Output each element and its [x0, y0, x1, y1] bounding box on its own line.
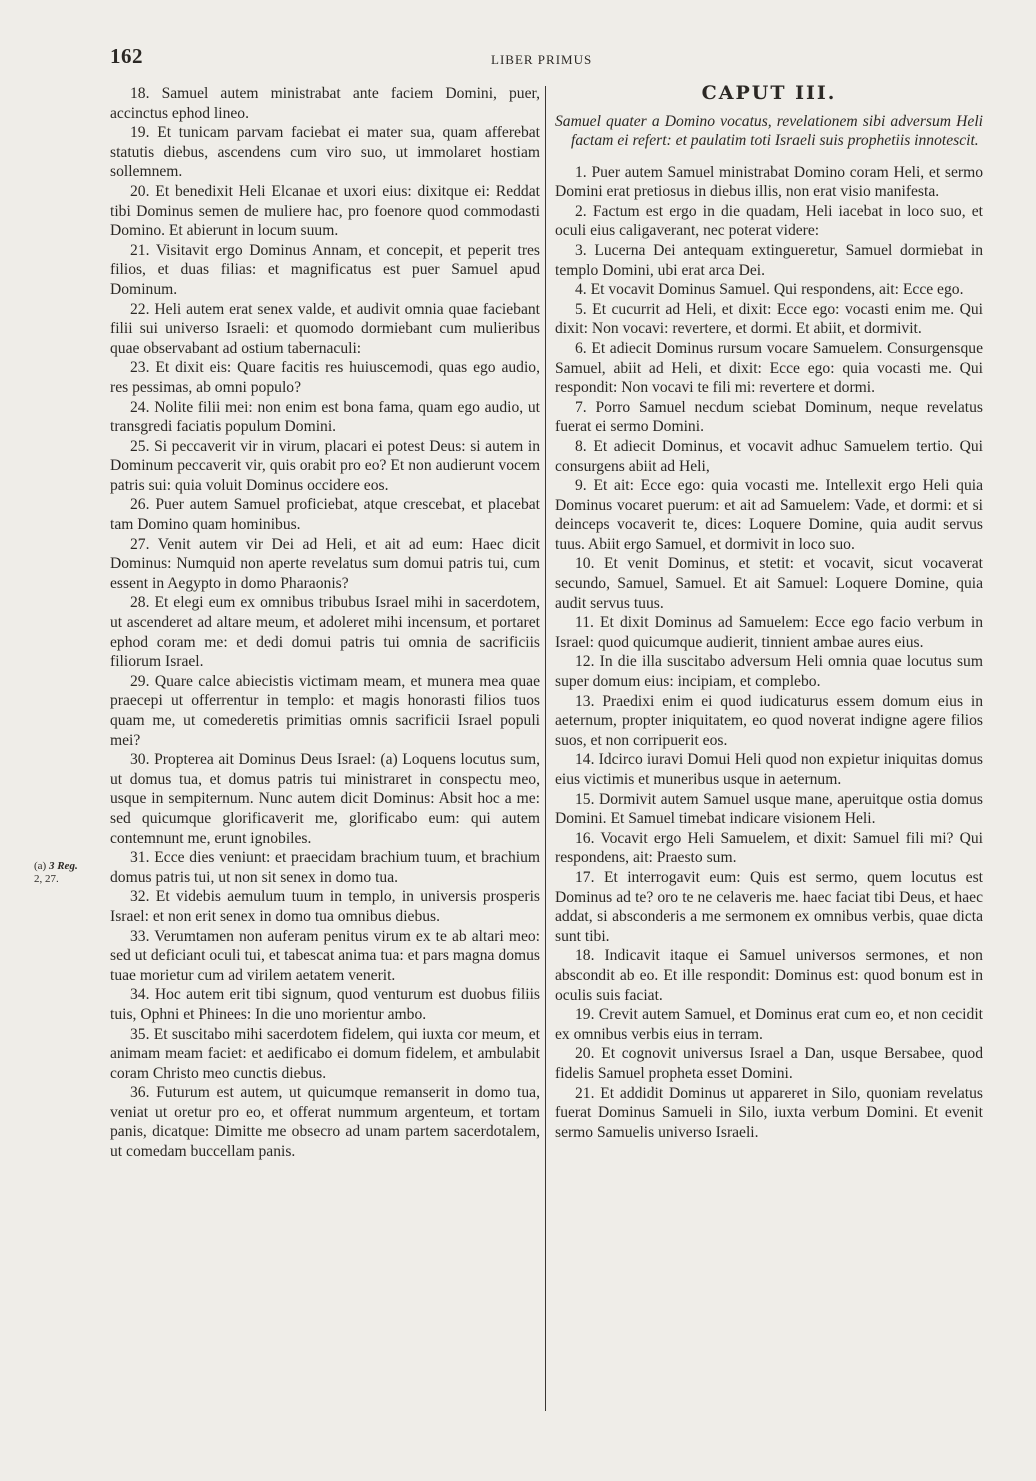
verse: 9. Et ait: Ecce ego: quia vocasti me. In…	[555, 476, 983, 554]
verse-text: Et elegi eum ex omnibus tribubus Israel …	[110, 594, 540, 670]
verse-number: 35.	[130, 1026, 150, 1043]
verse: 12. In die illa suscitabo adversum Heli …	[555, 652, 983, 691]
verse-text: Praedixi enim ei quod iudicaturus essem …	[555, 693, 983, 749]
right-verses: 1. Puer autem Samuel ministrabat Domino …	[555, 163, 983, 1143]
verse-text: Heli autem erat senex valde, et audivit …	[110, 301, 540, 357]
verse-text: Visitavit ergo Dominus Annam, et concepi…	[110, 242, 540, 298]
verse-text: Et cognovit universus Israel a Dan, usqu…	[555, 1045, 983, 1082]
verse-number: 26.	[130, 496, 150, 513]
verse-number: 18.	[130, 85, 150, 102]
margin-note: (a) 3 Reg. 2, 27.	[34, 860, 78, 886]
verse: 6. Et adiecit Dominus rursum vocare Samu…	[555, 339, 983, 398]
verse-number: 10.	[575, 555, 595, 572]
verse-text: Quare calce abiecistis victimam meam, et…	[110, 673, 540, 749]
verse: 16. Vocavit ergo Heli Samuelem, et dixit…	[555, 829, 983, 868]
verse-text: Porro Samuel necdum sciebat Dominum, neq…	[555, 399, 983, 436]
verse-text: Samuel autem ministrabat ante faciem Dom…	[110, 85, 540, 122]
verse-text: Et adiecit Dominus, et vocavit adhuc Sam…	[555, 438, 983, 475]
running-head: LIBER PRIMUS	[491, 52, 592, 68]
verse-number: 3.	[575, 242, 587, 259]
verse-text: Futurum est autem, ut quicumque remanser…	[110, 1084, 540, 1160]
verse-number: 27.	[130, 536, 150, 553]
verse-text: Vocavit ergo Heli Samuelem, et dixit: Sa…	[555, 830, 983, 867]
verse-text: Et dixit Dominus ad Samuelem: Ecce ego f…	[555, 614, 983, 651]
verse: 13. Praedixi enim ei quod iudicaturus es…	[555, 692, 983, 751]
verse-text: Puer autem Samuel proficiebat, atque cre…	[110, 496, 540, 533]
verse-number: 8.	[575, 438, 587, 455]
verse: 10. Et venit Dominus, et stetit: et voca…	[555, 554, 983, 613]
verse-text: Nolite filii mei: non enim est bona fama…	[110, 399, 540, 436]
verse-number: 22.	[130, 301, 150, 318]
verse: 33. Verumtamen non auferam penitus virum…	[110, 927, 540, 986]
verse-number: 31.	[130, 849, 150, 866]
right-column: CAPUT III. Samuel quater a Domino vocatu…	[555, 84, 983, 1142]
verse-number: 20.	[575, 1045, 595, 1062]
verse: 19. Crevit autem Samuel, et Dominus erat…	[555, 1005, 983, 1044]
verse: 27. Venit autem vir Dei ad Heli, et ait …	[110, 535, 540, 594]
verse-number: 28.	[130, 594, 150, 611]
verse-number: 15.	[575, 791, 595, 808]
verse: 22. Heli autem erat senex valde, et audi…	[110, 300, 540, 359]
verse: 23. Et dixit eis: Quare facitis res huiu…	[110, 358, 540, 397]
verse-number: 19.	[130, 124, 150, 141]
verse-text: Et adiecit Dominus rursum vocare Samuele…	[555, 340, 983, 396]
verse-text: In die illa suscitabo adversum Heli omni…	[555, 653, 983, 690]
verse-number: 18.	[575, 947, 595, 964]
verse-text: Et suscitabo mihi sacerdotem fidelem, qu…	[110, 1026, 540, 1082]
verse-text: Et benedixit Heli Elcanae et uxori eius:…	[110, 183, 540, 239]
verse-text: Et addidit Dominus ut appareret in Silo,…	[555, 1085, 983, 1141]
verse-text: Et vocavit Dominus Samuel. Qui responden…	[591, 281, 964, 298]
verse: 3. Lucerna Dei antequam extingueretur, S…	[555, 241, 983, 280]
verse-text: Et venit Dominus, et stetit: et vocavit,…	[555, 555, 983, 611]
verse-text: Ecce dies veniunt: et praecidam brachium…	[110, 849, 540, 886]
left-column: 18. Samuel autem ministrabat ante faciem…	[110, 84, 540, 1162]
verse-number: 4.	[575, 281, 587, 298]
verse-text: Et cucurrit ad Heli, et dixit: Ecce ego:…	[555, 301, 983, 338]
page-number: 162	[110, 44, 143, 69]
verse-text: Et videbis aemulum tuum in templo, in un…	[110, 888, 540, 925]
verse-text: Propterea ait Dominus Deus Israel: (a) L…	[110, 751, 540, 846]
verse-text: Indicavit itaque ei Samuel universos ser…	[555, 947, 983, 1003]
verse-number: 13.	[575, 693, 595, 710]
verse-text: Hoc autem erit tibi signum, quod venturu…	[110, 986, 540, 1023]
verse-number: 7.	[575, 399, 587, 416]
verse: 29. Quare calce abiecistis victimam meam…	[110, 672, 540, 750]
verse: 15. Dormivit autem Samuel usque mane, ap…	[555, 790, 983, 829]
verse: 30. Propterea ait Dominus Deus Israel: (…	[110, 750, 540, 848]
verse-number: 1.	[575, 164, 587, 181]
verse-text: Et tunicam parvam faciebat ei mater sua,…	[110, 124, 540, 180]
verse-number: 29.	[130, 673, 150, 690]
verse: 17. Et interrogavit eum: Quis est sermo,…	[555, 868, 983, 946]
verse-number: 30.	[130, 751, 150, 768]
verse-number: 6.	[575, 340, 587, 357]
verse-text: Dormivit autem Samuel usque mane, aperui…	[555, 791, 983, 828]
verse: 32. Et videbis aemulum tuum in templo, i…	[110, 887, 540, 926]
verse: 18. Indicavit itaque ei Samuel universos…	[555, 946, 983, 1005]
verse-text: Venit autem vir Dei ad Heli, et ait ad e…	[110, 536, 540, 592]
verse-text: Idcirco iuravi Domui Heli quod non expie…	[555, 751, 983, 788]
verse-number: 12.	[575, 653, 595, 670]
verse: 11. Et dixit Dominus ad Samuelem: Ecce e…	[555, 613, 983, 652]
verse: 20. Et cognovit universus Israel a Dan, …	[555, 1044, 983, 1083]
verse-number: 5.	[575, 301, 587, 318]
verse-number: 25.	[130, 438, 150, 455]
verse-number: 19.	[575, 1006, 595, 1023]
verse: 21. Visitavit ergo Dominus Annam, et con…	[110, 241, 540, 300]
verse: 26. Puer autem Samuel proficiebat, atque…	[110, 495, 540, 534]
verse: 36. Futurum est autem, ut quicumque rema…	[110, 1083, 540, 1161]
verse-text: Et interrogavit eum: Quis est sermo, que…	[555, 869, 983, 945]
verse: 19. Et tunicam parvam faciebat ei mater …	[110, 123, 540, 182]
verse: 24. Nolite filii mei: non enim est bona …	[110, 398, 540, 437]
verse-number: 34.	[130, 986, 150, 1003]
verse-number: 24.	[130, 399, 150, 416]
verse-number: 36.	[130, 1084, 150, 1101]
verse-number: 32.	[130, 888, 150, 905]
verse-text: Et ait: Ecce ego: quia vocasti me. Intel…	[555, 477, 983, 553]
verse: 31. Ecce dies veniunt: et praecidam brac…	[110, 848, 540, 887]
verse-text: Crevit autem Samuel, et Dominus erat cum…	[555, 1006, 983, 1043]
verse: 5. Et cucurrit ad Heli, et dixit: Ecce e…	[555, 300, 983, 339]
margin-note-marker: (a)	[34, 860, 46, 872]
verse-number: 21.	[130, 242, 150, 259]
verse-number: 11.	[575, 614, 594, 631]
verse: 7. Porro Samuel necdum sciebat Dominum, …	[555, 398, 983, 437]
verse-text: Lucerna Dei antequam extingueretur, Samu…	[555, 242, 983, 279]
verse: 18. Samuel autem ministrabat ante faciem…	[110, 84, 540, 123]
verse: 1. Puer autem Samuel ministrabat Domino …	[555, 163, 983, 202]
verse: 8. Et adiecit Dominus, et vocavit adhuc …	[555, 437, 983, 476]
verse: 2. Factum est ergo in die quadam, Heli i…	[555, 202, 983, 241]
verse: 35. Et suscitabo mihi sacerdotem fidelem…	[110, 1025, 540, 1084]
verse: 34. Hoc autem erit tibi signum, quod ven…	[110, 985, 540, 1024]
verse: 21. Et addidit Dominus ut appareret in S…	[555, 1084, 983, 1143]
column-divider	[545, 86, 546, 1411]
chapter-title: CAPUT III.	[555, 84, 983, 104]
margin-note-loc: 2, 27.	[34, 873, 59, 885]
verse-number: 20.	[130, 183, 150, 200]
verse-number: 16.	[575, 830, 595, 847]
verse-text: Factum est ergo in die quadam, Heli iace…	[555, 203, 983, 240]
chapter-summary: Samuel quater a Domino vocatus, revelati…	[555, 112, 983, 151]
verse-text: Verumtamen non auferam penitus virum ex …	[110, 928, 540, 984]
verse: 14. Idcirco iuravi Domui Heli quod non e…	[555, 750, 983, 789]
verse-text: Si peccaverit vir in virum, placari ei p…	[110, 438, 540, 494]
margin-note-ref: 3 Reg.	[49, 860, 78, 872]
verse-number: 17.	[575, 869, 595, 886]
verse-text: Et dixit eis: Quare facitis res huiuscem…	[110, 359, 540, 396]
verse-number: 2.	[575, 203, 587, 220]
verse-number: 21.	[575, 1085, 595, 1102]
verse-number: 9.	[575, 477, 587, 494]
verse: 25. Si peccaverit vir in virum, placari …	[110, 437, 540, 496]
verse: 20. Et benedixit Heli Elcanae et uxori e…	[110, 182, 540, 241]
verse-number: 33.	[130, 928, 150, 945]
verse-number: 23.	[130, 359, 150, 376]
verse: 4. Et vocavit Dominus Samuel. Qui respon…	[555, 280, 983, 300]
verse-number: 14.	[575, 751, 595, 768]
verse-text: Puer autem Samuel ministrabat Domino cor…	[555, 164, 983, 201]
verse: 28. Et elegi eum ex omnibus tribubus Isr…	[110, 593, 540, 671]
